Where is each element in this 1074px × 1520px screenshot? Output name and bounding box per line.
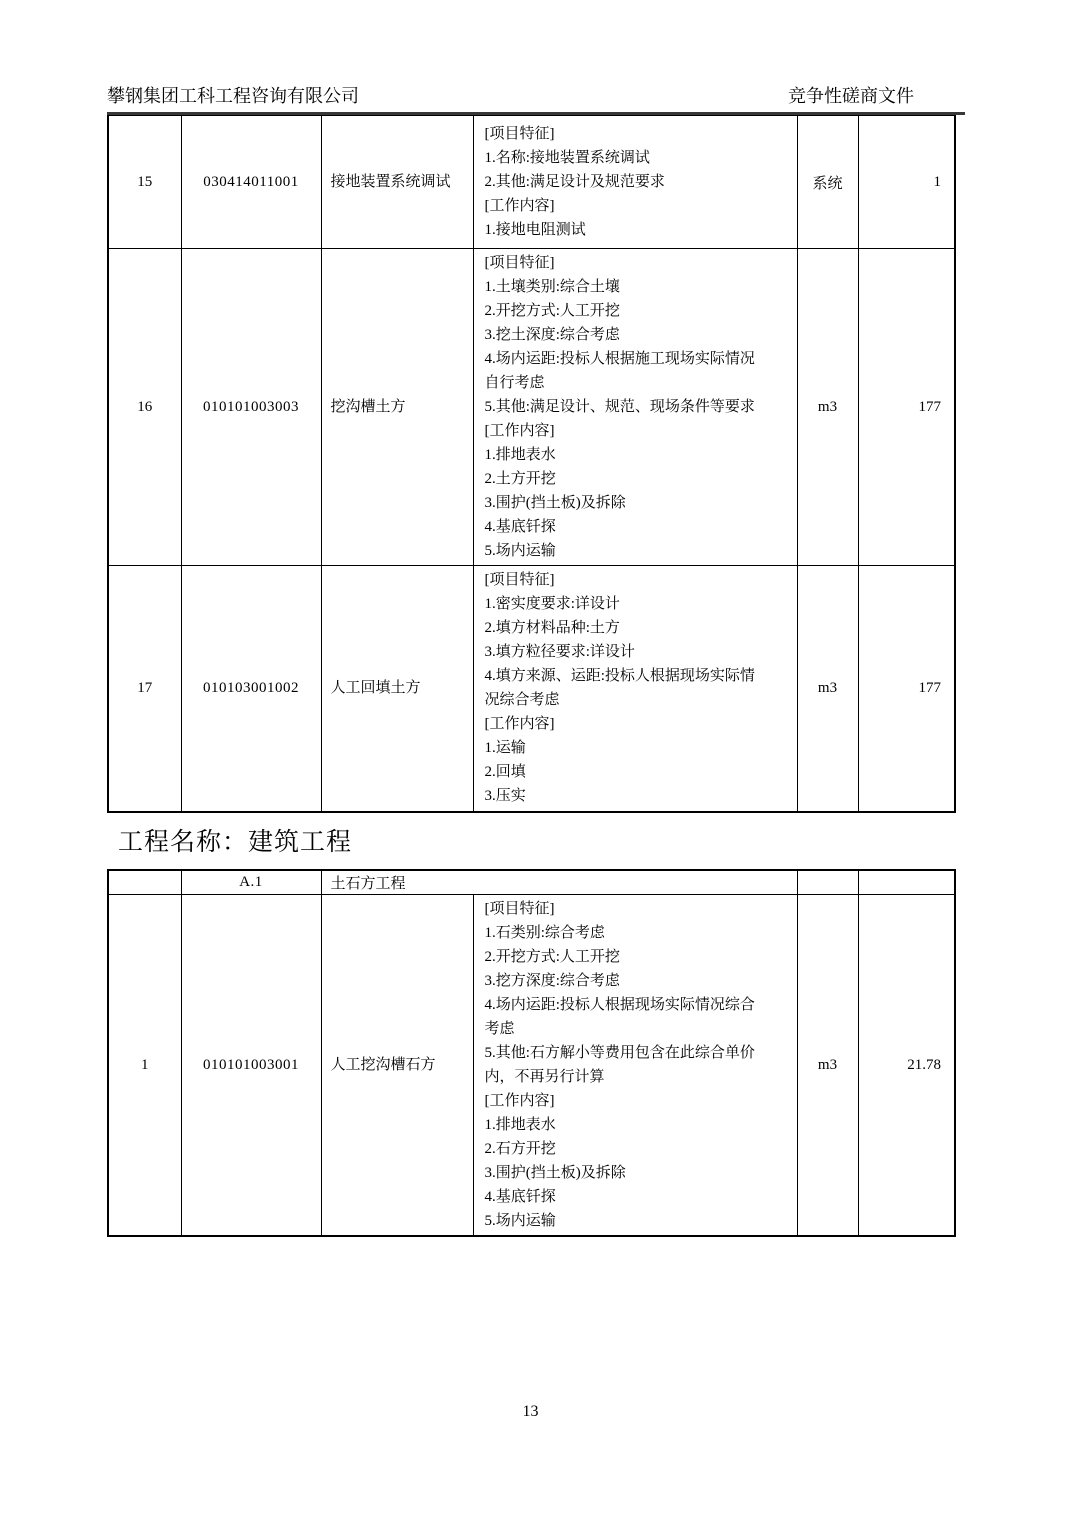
- subsection-code-cell: A.1: [181, 870, 321, 895]
- item-code-cell: 010103001002: [181, 566, 321, 812]
- document-header: 攀钢集团工科工程咨询有限公司 竞争性磋商文件: [107, 0, 954, 108]
- item-features-cell: [项目特征] 1.密实度要求:详设计 2.填方材料品种:土方 3.填方粒径要求:…: [473, 566, 797, 812]
- project-name-title: 工程名称：建筑工程: [118, 826, 954, 859]
- item-unit-cell: m3: [797, 566, 858, 812]
- table-row: 17 010103001002 人工回填土方 [项目特征] 1.密实度要求:详设…: [108, 566, 955, 812]
- item-quantity-cell: [858, 870, 955, 895]
- item-features-cell: [项目特征] 1.名称:接地装置系统调试 2.其他:满足设计及规范要求 [工作内…: [473, 116, 797, 249]
- boq-table-installation: 15 030414011001 接地装置系统调试 [项目特征] 1.名称:接地装…: [107, 115, 956, 813]
- item-unit-cell: [797, 870, 858, 895]
- item-no-cell: 16: [108, 249, 181, 566]
- subsection-row: A.1 土石方工程: [108, 870, 955, 895]
- item-unit-cell: m3: [797, 895, 858, 1237]
- item-no-cell: 1: [108, 895, 181, 1237]
- item-no-cell: [108, 870, 181, 895]
- item-code-cell: 030414011001: [181, 116, 321, 249]
- item-code-cell: 010101003001: [181, 895, 321, 1237]
- item-name-cell: 人工挖沟槽石方: [321, 895, 473, 1237]
- item-code-cell: 010101003003: [181, 249, 321, 566]
- item-name-cell: 人工回填土方: [321, 566, 473, 812]
- table-row: 15 030414011001 接地装置系统调试 [项目特征] 1.名称:接地装…: [108, 116, 955, 249]
- item-quantity-cell: 177: [858, 566, 955, 812]
- subsection-name-cell: 土石方工程: [321, 870, 797, 895]
- header-document-type: 竞争性磋商文件: [788, 84, 914, 108]
- item-name-cell: 接地装置系统调试: [321, 116, 473, 249]
- item-features-cell: [项目特征] 1.石类别:综合考虑 2.开挖方式:人工开挖 3.挖方深度:综合考…: [473, 895, 797, 1237]
- header-company-name: 攀钢集团工科工程咨询有限公司: [107, 84, 359, 108]
- table-row: 16 010101003003 挖沟槽土方 [项目特征] 1.土壤类别:综合土壤…: [108, 249, 955, 566]
- item-quantity-cell: 177: [858, 249, 955, 566]
- item-name-cell: 挖沟槽土方: [321, 249, 473, 566]
- item-quantity-cell: 1: [858, 116, 955, 249]
- item-unit-cell: 系统: [797, 116, 858, 249]
- item-no-cell: 15: [108, 116, 181, 249]
- item-features-cell: [项目特征] 1.土壤类别:综合土壤 2.开挖方式:人工开挖 3.挖土深度:综合…: [473, 249, 797, 566]
- boq-table-construction: A.1 土石方工程 1 010101003001 人工挖沟槽石方 [项目特征] …: [107, 869, 956, 1238]
- document-page: 攀钢集团工科工程咨询有限公司 竞争性磋商文件 15 030414011001 接…: [0, 0, 1074, 1520]
- table-row: 1 010101003001 人工挖沟槽石方 [项目特征] 1.石类别:综合考虑…: [108, 895, 955, 1237]
- item-quantity-cell: 21.78: [858, 895, 955, 1237]
- item-no-cell: 17: [108, 566, 181, 812]
- page-number: 13: [107, 1403, 954, 1421]
- item-unit-cell: m3: [797, 249, 858, 566]
